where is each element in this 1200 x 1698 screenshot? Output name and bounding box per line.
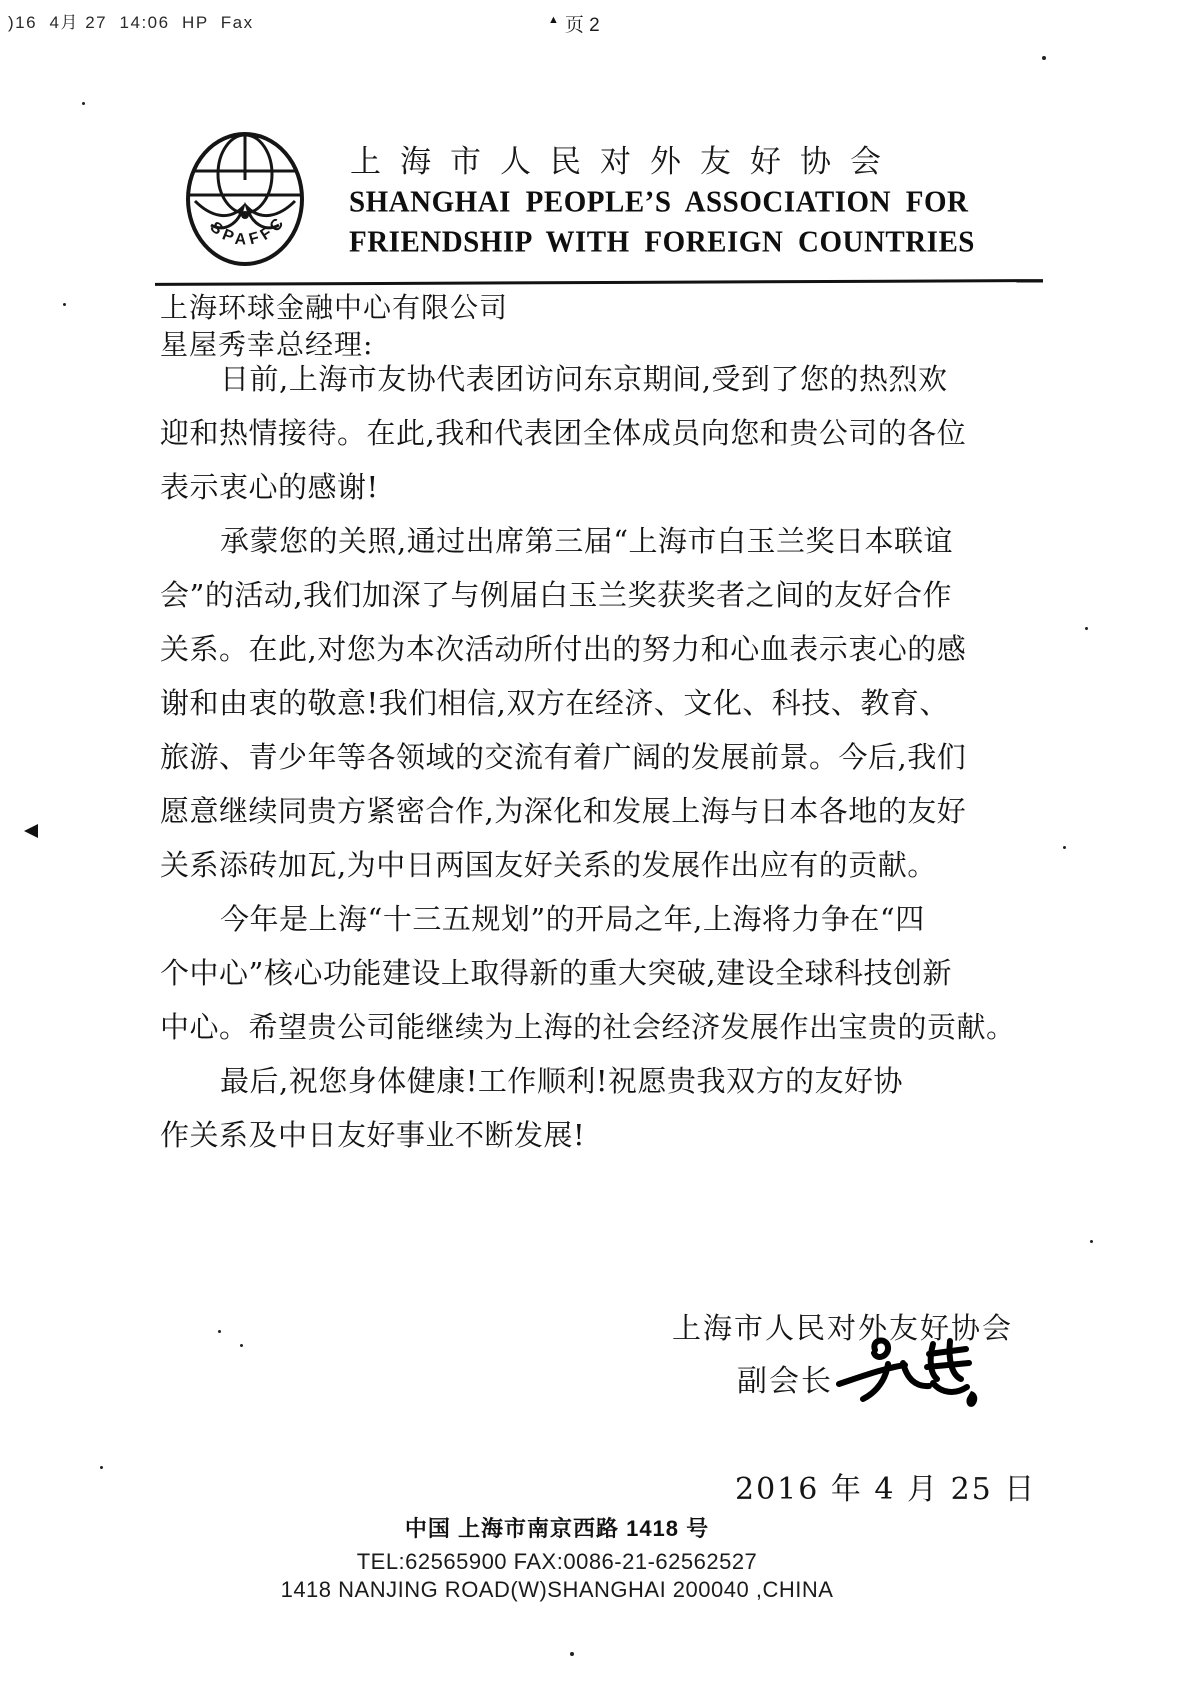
body-line: 迎和热情接待。在此,我和代表团全体成员向您和贵公司的各位 (160, 406, 1020, 460)
scan-speck (240, 1344, 243, 1347)
org-title-chinese: 上海市人民对外友好协会 (350, 136, 900, 181)
footer-tel-fax: TEL:62565900 FAX:0086-21-62562527 (257, 1548, 857, 1576)
body-line: 个中心”核心功能建设上取得新的重大突破,建设全球科技创新 (160, 946, 1020, 1000)
scan-speck (570, 1652, 574, 1656)
scan-speck (1085, 627, 1088, 630)
closing-title-vice-president: 副会长 (737, 1356, 833, 1400)
letterhead-divider (155, 279, 1043, 286)
footer-address-en: 1418 NANJING ROAD(W)SHANGHAI 200040 ,CHI… (257, 1576, 857, 1604)
letterhead-footer: 中国 上海市南京西路 1418 号 TEL:62565900 FAX:0086-… (257, 1512, 857, 1604)
body-line: 承蒙您的关照,通过出席第三届“上海市白玉兰奖日本联谊 (160, 514, 1020, 568)
body-line: 愿意继续同贵方紧密合作,为深化和发展上海与日本各地的友好 (160, 784, 1020, 838)
spaffc-globe-logo-icon: SPAFFC (181, 128, 309, 270)
recipient-company: 上海环球金融中心有限公司 (160, 286, 508, 326)
body-line: 会”的活动,我们加深了与例届白玉兰奖获奖者之间的友好合作 (160, 568, 1020, 622)
body-line: 表示衷心的感谢! (160, 460, 1020, 514)
scan-speck (1042, 56, 1046, 60)
body-line: 最后,祝您身体健康!工作顺利!祝愿贵我双方的友好协 (160, 1054, 1020, 1108)
scan-speck (1063, 846, 1066, 849)
letter-date: 2016 年 4 月 25 日 (735, 1464, 1036, 1508)
letter-body: 日前,上海市友协代表团访问东京期间,受到了您的热烈欢 迎和热情接待。在此,我和代… (160, 352, 1020, 1162)
page-marker: ▲页 2 (548, 10, 600, 37)
body-line: 中心。希望贵公司能继续为上海的社会经济发展作出宝贵的贡献。 (160, 1000, 1020, 1054)
body-line: 旅游、青少年等各领域的交流有着广阔的发展前景。今后,我们 (160, 730, 1020, 784)
scan-arrow-marker (24, 824, 38, 838)
footer-address-cn: 中国 上海市南京西路 1418 号 (257, 1512, 857, 1543)
body-line: 关系。在此,对您为本次活动所付出的努力和心血表示衷心的感 (160, 622, 1020, 676)
org-title-english-line1: SHANGHAI PEOPLE’S ASSOCIATION FOR (349, 185, 968, 220)
scan-speck (82, 102, 85, 105)
body-line: 作关系及中日友好事业不断发展! (160, 1108, 1020, 1162)
scan-speck (100, 1466, 103, 1469)
body-line: 谢和由衷的敬意!我们相信,双方在经济、文化、科技、教育、 (160, 676, 1020, 730)
triangle-up-icon: ▲ (548, 14, 559, 26)
scan-speck (1090, 1240, 1093, 1243)
scan-speck (63, 303, 66, 306)
fax-letter-page: )16 4月 27 14:06 HP Fax ▲页 2 SPAFFC 上海市人民… (0, 0, 1200, 1698)
logo-text: SPAFFC (207, 212, 290, 249)
fax-timestamp: )16 4月 27 14:06 HP Fax (8, 8, 254, 33)
org-title-english-line2: FRIENDSHIP WITH FOREIGN COUNTRIES (349, 225, 975, 260)
scan-speck (218, 1330, 221, 1333)
page-number-label: 页 2 (565, 15, 600, 36)
body-line: 日前,上海市友协代表团访问东京期间,受到了您的热烈欢 (160, 352, 1020, 406)
body-line: 今年是上海“十三五规划”的开局之年,上海将力争在“四 (160, 892, 1020, 946)
body-line: 关系添砖加瓦,为中日两国友好关系的发展作出应有的贡献。 (160, 838, 1020, 892)
handwritten-signature (833, 1334, 983, 1412)
svg-text:SPAFFC: SPAFFC (207, 212, 290, 249)
